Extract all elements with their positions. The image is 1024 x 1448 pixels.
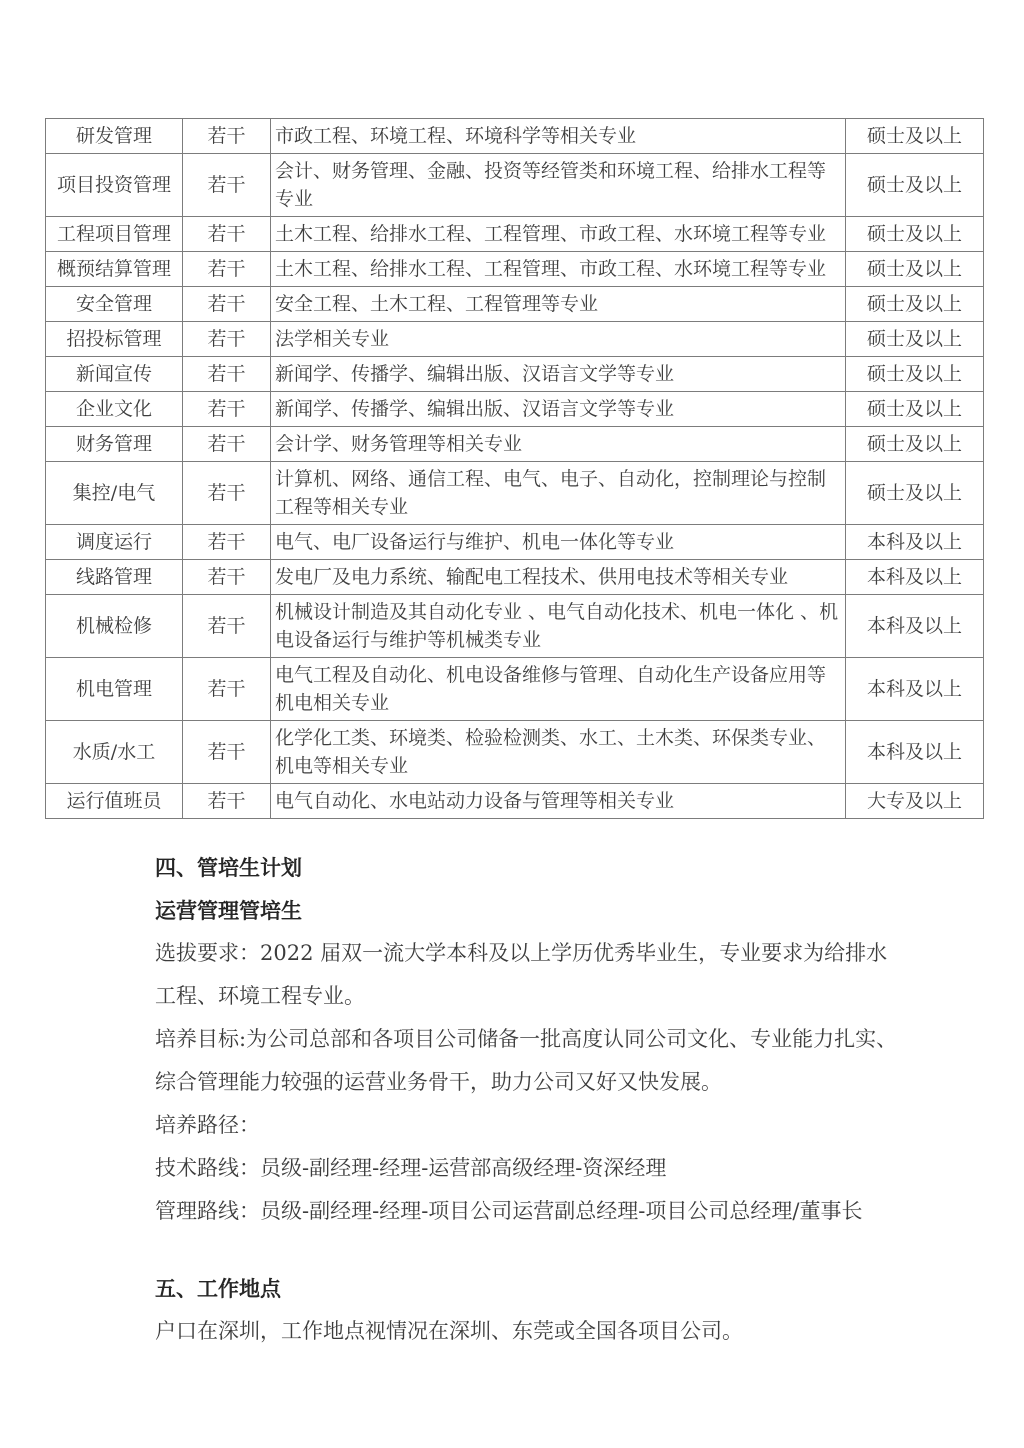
cell-education: 硕士及以上 — [846, 217, 984, 252]
training-path-label: 培养路径： — [155, 1104, 900, 1147]
section5-heading: 五、工作地点 — [155, 1267, 900, 1310]
cell-education: 硕士及以上 — [846, 252, 984, 287]
work-location-paragraph: 户口在深圳，工作地点视情况在深圳、东莞或全国各项目公司。 — [155, 1310, 900, 1353]
cell-majors: 市政工程、环境工程、环境科学等相关专业 — [271, 119, 846, 154]
cell-education: 硕士及以上 — [846, 357, 984, 392]
cell-majors: 化学化工类、环境类、检验检测类、水工、土木类、环保类专业、机电等相关专业 — [271, 721, 846, 784]
cell-majors: 会计学、财务管理等相关专业 — [271, 427, 846, 462]
cell-headcount: 若干 — [183, 525, 271, 560]
cell-position: 研发管理 — [46, 119, 183, 154]
cell-headcount: 若干 — [183, 287, 271, 322]
table-row: 财务管理若干会计学、财务管理等相关专业硕士及以上 — [46, 427, 984, 462]
cell-headcount: 若干 — [183, 119, 271, 154]
section4-heading: 四、管培生计划 — [155, 846, 900, 889]
cell-education: 硕士及以上 — [846, 154, 984, 217]
table-row: 安全管理若干安全工程、土木工程、工程管理等专业硕士及以上 — [46, 287, 984, 322]
cell-majors: 土木工程、给排水工程、工程管理、市政工程、水环境工程等专业 — [271, 217, 846, 252]
cell-headcount: 若干 — [183, 784, 271, 819]
recruitment-table-body: 研发管理若干市政工程、环境工程、环境科学等相关专业硕士及以上项目投资管理若干会计… — [46, 119, 984, 819]
cell-education: 硕士及以上 — [846, 322, 984, 357]
cell-position: 招投标管理 — [46, 322, 183, 357]
cell-position: 安全管理 — [46, 287, 183, 322]
cell-majors: 会计、财务管理、金融、投资等经管类和环境工程、给排水工程等专业 — [271, 154, 846, 217]
cell-headcount: 若干 — [183, 427, 271, 462]
section4-subheading: 运营管理管培生 — [155, 889, 900, 932]
cell-majors: 安全工程、土木工程、工程管理等专业 — [271, 287, 846, 322]
cell-education: 本科及以上 — [846, 525, 984, 560]
cell-majors: 机械设计制造及其自动化专业 、电气自动化技术、机电一体化 、机电设备运行与维护等… — [271, 595, 846, 658]
table-row: 概预结算管理若干土木工程、给排水工程、工程管理、市政工程、水环境工程等专业硕士及… — [46, 252, 984, 287]
cell-education: 大专及以上 — [846, 784, 984, 819]
cell-position: 企业文化 — [46, 392, 183, 427]
cell-headcount: 若干 — [183, 560, 271, 595]
cell-headcount: 若干 — [183, 658, 271, 721]
cell-majors: 电气工程及自动化、机电设备维修与管理、自动化生产设备应用等机电相关专业 — [271, 658, 846, 721]
cell-headcount: 若干 — [183, 322, 271, 357]
cell-position: 工程项目管理 — [46, 217, 183, 252]
cell-education: 本科及以上 — [846, 658, 984, 721]
cell-education: 本科及以上 — [846, 721, 984, 784]
cell-education: 硕士及以上 — [846, 392, 984, 427]
table-row: 运行值班员若干电气自动化、水电站动力设备与管理等相关专业大专及以上 — [46, 784, 984, 819]
table-row: 线路管理若干发电厂及电力系统、输配电工程技术、供用电技术等相关专业本科及以上 — [46, 560, 984, 595]
cell-position: 新闻宣传 — [46, 357, 183, 392]
cell-education: 本科及以上 — [846, 560, 984, 595]
table-row: 研发管理若干市政工程、环境工程、环境科学等相关专业硕士及以上 — [46, 119, 984, 154]
training-goal-paragraph: 培养目标:为公司总部和各项目公司储备一批高度认同公司文化、专业能力扎实、综合管理… — [155, 1018, 900, 1104]
cell-headcount: 若干 — [183, 721, 271, 784]
table-row: 机电管理若干电气工程及自动化、机电设备维修与管理、自动化生产设备应用等机电相关专… — [46, 658, 984, 721]
cell-majors: 新闻学、传播学、编辑出版、汉语言文学等专业 — [271, 392, 846, 427]
cell-headcount: 若干 — [183, 252, 271, 287]
cell-education: 硕士及以上 — [846, 287, 984, 322]
cell-headcount: 若干 — [183, 357, 271, 392]
selection-requirement-paragraph: 选拔要求：2022 届双一流大学本科及以上学历优秀毕业生，专业要求为给排水工程、… — [155, 932, 900, 1018]
cell-education: 本科及以上 — [846, 595, 984, 658]
document-page: 研发管理若干市政工程、环境工程、环境科学等相关专业硕士及以上项目投资管理若干会计… — [0, 0, 1024, 1448]
cell-education: 硕士及以上 — [846, 462, 984, 525]
table-row: 集控/电气若干计算机、网络、通信工程、电气、电子、自动化，控制理论与控制工程等相… — [46, 462, 984, 525]
recruitment-positions-table: 研发管理若干市政工程、环境工程、环境科学等相关专业硕士及以上项目投资管理若干会计… — [45, 118, 984, 819]
management-route-paragraph: 管理路线：员级-副经理-经理-项目公司运营副总经理-项目公司总经理/董事长 — [155, 1190, 900, 1233]
cell-headcount: 若干 — [183, 217, 271, 252]
cell-education: 硕士及以上 — [846, 427, 984, 462]
table-row: 工程项目管理若干土木工程、给排水工程、工程管理、市政工程、水环境工程等专业硕士及… — [46, 217, 984, 252]
table-row: 调度运行若干电气、电厂设备运行与维护、机电一体化等专业本科及以上 — [46, 525, 984, 560]
cell-position: 运行值班员 — [46, 784, 183, 819]
cell-position: 机电管理 — [46, 658, 183, 721]
cell-majors: 法学相关专业 — [271, 322, 846, 357]
cell-position: 调度运行 — [46, 525, 183, 560]
cell-majors: 发电厂及电力系统、输配电工程技术、供用电技术等相关专业 — [271, 560, 846, 595]
table-row: 项目投资管理若干会计、财务管理、金融、投资等经管类和环境工程、给排水工程等专业硕… — [46, 154, 984, 217]
table-row: 机械检修若干机械设计制造及其自动化专业 、电气自动化技术、机电一体化 、机电设备… — [46, 595, 984, 658]
table-row: 水质/水工若干化学化工类、环境类、检验检测类、水工、土木类、环保类专业、机电等相… — [46, 721, 984, 784]
cell-headcount: 若干 — [183, 595, 271, 658]
cell-majors: 电气、电厂设备运行与维护、机电一体化等专业 — [271, 525, 846, 560]
cell-position: 机械检修 — [46, 595, 183, 658]
cell-position: 概预结算管理 — [46, 252, 183, 287]
cell-position: 集控/电气 — [46, 462, 183, 525]
cell-headcount: 若干 — [183, 154, 271, 217]
text-sections: 四、管培生计划 运营管理管培生 选拔要求：2022 届双一流大学本科及以上学历优… — [155, 846, 900, 1353]
cell-headcount: 若干 — [183, 462, 271, 525]
cell-majors: 电气自动化、水电站动力设备与管理等相关专业 — [271, 784, 846, 819]
technical-route-paragraph: 技术路线：员级-副经理-经理-运营部高级经理-资深经理 — [155, 1147, 900, 1190]
cell-majors: 土木工程、给排水工程、工程管理、市政工程、水环境工程等专业 — [271, 252, 846, 287]
cell-position: 线路管理 — [46, 560, 183, 595]
cell-position: 水质/水工 — [46, 721, 183, 784]
table-row: 企业文化若干新闻学、传播学、编辑出版、汉语言文学等专业硕士及以上 — [46, 392, 984, 427]
cell-majors: 新闻学、传播学、编辑出版、汉语言文学等专业 — [271, 357, 846, 392]
cell-position: 财务管理 — [46, 427, 183, 462]
cell-education: 硕士及以上 — [846, 119, 984, 154]
cell-majors: 计算机、网络、通信工程、电气、电子、自动化，控制理论与控制工程等相关专业 — [271, 462, 846, 525]
cell-position: 项目投资管理 — [46, 154, 183, 217]
table-row: 新闻宣传若干新闻学、传播学、编辑出版、汉语言文学等专业硕士及以上 — [46, 357, 984, 392]
cell-headcount: 若干 — [183, 392, 271, 427]
table-row: 招投标管理若干法学相关专业硕士及以上 — [46, 322, 984, 357]
